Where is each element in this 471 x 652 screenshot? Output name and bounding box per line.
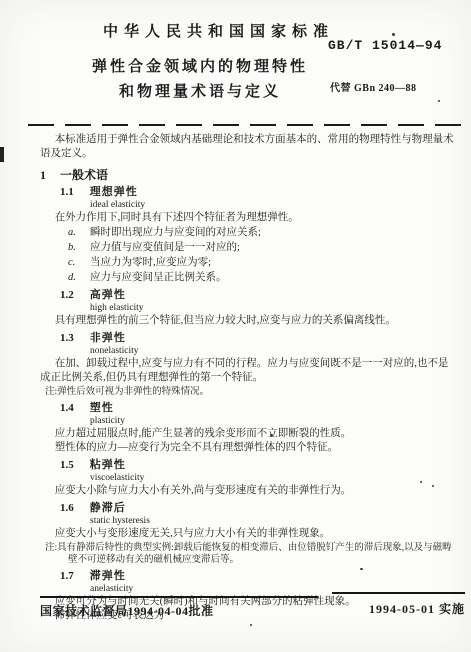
term-definition: 在外力作用下,同时具有下述四个特征者为理想弹性。: [40, 211, 457, 225]
term-heading: 1.5粘弹性: [40, 458, 457, 472]
item-text: 应力与应变间呈正比例关系。: [90, 272, 227, 283]
scan-speck: [250, 624, 252, 626]
scope-paragraph: 本标准适用于弹性合金领域内基础理论和技术方面基本的、常用的物理特性与物理量术语及…: [40, 133, 457, 161]
footer-rule-left: [40, 596, 318, 598]
term-number: 1.2: [60, 289, 74, 301]
item-text: 当应力为零时,应变应为零;: [90, 257, 211, 268]
item-text: 应力值与应变值间是一一对应的;: [90, 242, 240, 253]
term-name-zh: 非弹性: [90, 332, 126, 344]
term-1-6: 1.6静滞后 static hysteresis 应变大小与变形速度无关,只与应…: [40, 501, 457, 566]
term-number: 1.3: [60, 332, 74, 344]
term-heading: 1.4塑性: [40, 401, 457, 415]
term-name-en: plasticity: [90, 415, 457, 427]
section-title: 一般术语: [60, 168, 108, 182]
term-name-en: high elasticity: [90, 302, 457, 314]
scan-edge-artifact: [0, 147, 4, 162]
feature-item-c: c.当应力为零时,应变应为零;: [68, 255, 457, 270]
feature-item-a: a.瞬时即出现应力与应变间的对应关系;: [68, 225, 457, 240]
header-divider-rule: [28, 124, 465, 126]
term-heading: 1.3非弹性: [40, 331, 457, 345]
scanned-standard-page: 中华人民共和国国家标准 GB/T 15014—94 弹性合金领域内的物理特性 和…: [0, 0, 471, 652]
implementation-date: 1994-05-01 实施: [369, 600, 465, 617]
item-text: 瞬时即出现应力与应变间的对应关系;: [90, 227, 261, 238]
section-1-heading: 1一般术语: [40, 168, 457, 182]
term-name-zh: 滞弹性: [90, 570, 126, 582]
term-definition: 应变大小除与应力大小有关外,尚与变形速度有关的非弹性行为。: [40, 484, 457, 498]
term-name-en: viscoelasticity: [90, 472, 457, 484]
term-1-5: 1.5粘弹性 viscoelasticity 应变大小除与应力大小有关外,尚与变…: [40, 458, 457, 498]
feature-item-d: d.应力与应变间呈正比例关系。: [68, 270, 457, 285]
scan-speck: [360, 568, 363, 570]
term-name-zh: 高弹性: [90, 289, 126, 301]
term-name-zh: 理想弹性: [90, 186, 138, 198]
term-name-en: nonelasticity: [90, 345, 457, 357]
term-1-1: 1.1理想弹性 ideal elasticity 在外力作用下,同时具有下述四个…: [40, 185, 457, 285]
scan-speck: [392, 33, 395, 36]
term-heading: 1.7滞弹性: [40, 569, 457, 583]
term-number: 1.5: [60, 459, 74, 471]
footer-rule-right: [332, 592, 465, 594]
term-heading: 1.6静滞后: [40, 501, 457, 515]
scan-speck: [432, 485, 434, 487]
document-body: 本标准适用于弹性合金领域内基础理论和技术方面基本的、常用的物理特性与物理量术语及…: [40, 131, 457, 623]
feature-item-b: b.应力值与应变值间是一一对应的;: [68, 240, 457, 255]
term-name-en: static hysteresis: [90, 515, 457, 527]
document-title-line1: 弹性合金领域内的物理特性: [0, 55, 400, 76]
term-1-3: 1.3非弹性 nonelasticity 在加、卸载过程中,应变与应力有不同的行…: [40, 331, 457, 398]
term-number: 1.1: [60, 186, 74, 198]
term-definition: 应力超过屈服点时,能产生显著的残余变形而不立即断裂的性质。: [40, 427, 457, 441]
term-note: 注:具有静滞后特性的典型实例:卸载后能恢复的相变滞后、由位错脱钉产生的滞后现象,…: [68, 542, 457, 566]
replaces-note: 代替 GBn 240—88: [330, 79, 417, 94]
term-1-4: 1.4塑性 plasticity 应力超过屈服点时,能产生显著的残余变形而不立即…: [40, 401, 457, 455]
standard-number: GB/T 15014—94: [328, 38, 442, 53]
term-name-zh: 静滞后: [90, 502, 126, 514]
item-label: a.: [68, 225, 90, 240]
term-number: 1.7: [60, 570, 74, 582]
term-heading: 1.1理想弹性: [40, 185, 457, 199]
term-note: 注:弹性后效可视为非弹性的特殊情况。: [68, 386, 457, 398]
term-1-2: 1.2高弹性 high elasticity 具有理想弹性的前三个特征,但当应力…: [40, 288, 457, 328]
approval-line: 国家技术监督局1994-04-04批准: [40, 602, 214, 619]
item-label: d.: [68, 270, 90, 285]
term-name-zh: 塑性: [90, 402, 114, 414]
section-number: 1: [40, 168, 46, 182]
term-definition: 在加、卸载过程中,应变与应力有不同的行程。应力与应变间既不是一一对应的,也不是成…: [40, 357, 457, 385]
national-standard-label: 中华人民共和国国家标准: [103, 20, 334, 41]
term-definition: 具有理想弹性的前三个特征,但当应力较大时,应变与应力的关系偏离线性。: [40, 314, 457, 328]
scan-speck: [270, 434, 273, 437]
item-label: c.: [68, 255, 90, 270]
term-name-zh: 粘弹性: [90, 459, 126, 471]
scan-speck: [420, 481, 422, 483]
term-number: 1.6: [60, 502, 74, 514]
item-label: b.: [68, 240, 90, 255]
term-number: 1.4: [60, 402, 74, 414]
term-definition: 应变大小与变形速度无关,只与应力大小有关的非弹性现象。: [40, 527, 457, 541]
term-heading: 1.2高弹性: [40, 288, 457, 302]
term-definition-2: 塑性体的应力—应变行为完全不具有理想弹性体的四个特征。: [40, 441, 457, 455]
scan-speck: [438, 100, 440, 102]
term-name-en: ideal elasticity: [90, 199, 457, 211]
